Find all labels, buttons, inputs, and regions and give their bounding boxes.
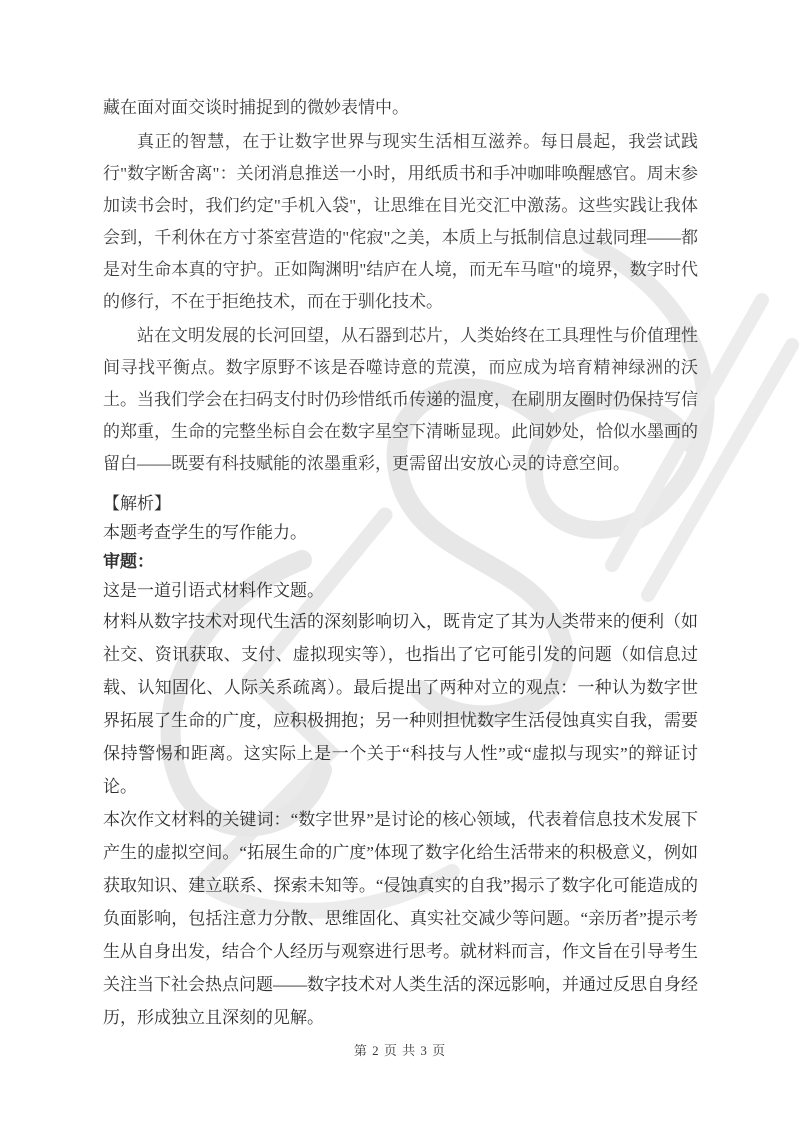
essay-paragraph: 真正的智慧，在于让数字世界与现实生活相互滋养。每日晨起，我尝试践行"数字断舍离"…: [103, 126, 698, 318]
analysis-paragraph: 本次作文材料的关键词：“数字世界”是讨论的核心领域，代表着信息技术发展下产生的虚…: [103, 803, 698, 1034]
document-page: 藏在面对面交谈时捕捉到的微妙表情中。真正的智慧，在于让数字世界与现实生活相互滋养…: [0, 0, 800, 1131]
analysis-paragraph: 材料从数字技术对现代生活的深刻影响切入，既肯定了其为人类带来的便利（如社交、资讯…: [103, 605, 698, 803]
essay-paragraph: 藏在面对面交谈时捕捉到的微妙表情中。: [103, 92, 698, 124]
analysis-lead: 本题考查学生的写作能力。: [103, 518, 698, 547]
essay-section: 藏在面对面交谈时捕捉到的微妙表情中。真正的智慧，在于让数字世界与现实生活相互滋养…: [103, 92, 698, 480]
page-content: 藏在面对面交谈时捕捉到的微妙表情中。真正的智慧，在于让数字世界与现实生活相互滋养…: [103, 92, 698, 1034]
analysis-body: 材料从数字技术对现代生活的深刻影响切入，既肯定了其为人类带来的便利（如社交、资讯…: [103, 605, 698, 1034]
page-number: 第 2 页 共 3 页: [0, 1040, 800, 1059]
essay-paragraph: 站在文明发展的长河回望，从石器到芯片，人类始终在工具理性与价值理性间寻找平衡点。…: [103, 320, 698, 480]
analysis-subheading: 审题：: [103, 547, 698, 576]
analysis-type-line: 这是一道引语式材料作文题。: [103, 576, 698, 605]
analysis-header-block: 【解析】 本题考查学生的写作能力。 审题： 这是一道引语式材料作文题。: [103, 489, 698, 605]
analysis-section-header: 【解析】: [103, 489, 698, 518]
